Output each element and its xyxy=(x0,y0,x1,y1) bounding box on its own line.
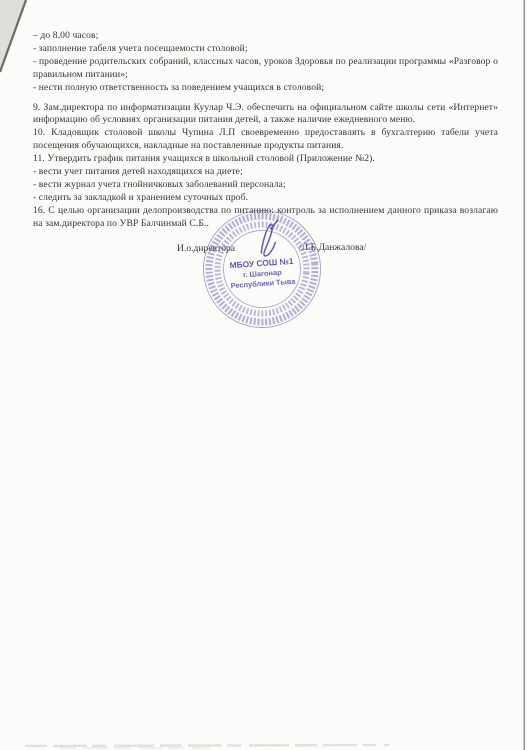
duty-item: - проведение родительских собраний, клас… xyxy=(33,56,498,82)
document-body: – до 8.00 часов; - заполнение табеля уче… xyxy=(33,30,498,231)
order-items: 9. Зам.директора по информатизации Куула… xyxy=(33,102,498,231)
order-item: - следить за закладкой и хранением суточ… xyxy=(33,192,498,205)
duty-item: – до 8.00 часов; xyxy=(33,30,498,43)
scan-bottom-smudge xyxy=(25,745,390,746)
order-item: - вести учет питания детей находящихся н… xyxy=(33,166,498,179)
duties-list: – до 8.00 часов; - заполнение табеля уче… xyxy=(33,30,498,95)
order-item: 11. Утвердить график питания учащихся в … xyxy=(33,153,498,166)
stamp-city: г. Шагонар xyxy=(243,268,283,280)
duty-item: - нести полную ответственность за поведе… xyxy=(33,82,498,95)
page-corner-edge xyxy=(0,0,26,72)
stamp-org-name: МБОУ СОШ №1 xyxy=(229,256,294,270)
stamp-center-text: МБОУ СОШ №1 г. Шагонар Республики Тыва xyxy=(229,256,296,290)
duty-item: - заполнение табеля учета посещаемости с… xyxy=(33,43,498,56)
page-corner-fold xyxy=(0,0,26,72)
order-item: 16. С целью организации делопроизводства… xyxy=(33,205,498,231)
order-item: 9. Зам.директора по информатизации Куула… xyxy=(33,102,498,128)
stamp-region: Республики Тыва xyxy=(230,277,296,291)
stamp-inner-circle xyxy=(220,227,305,312)
signer-name: /Л.Б.Данжалова/ xyxy=(299,242,366,253)
scanned-document-page: – до 8.00 часов; - заполнение табеля уче… xyxy=(0,0,527,750)
order-item: 10. Кладовщик столовой школы Чупина Л.П … xyxy=(33,127,498,153)
order-item: - вести журнал учета гнойничковых заболе… xyxy=(33,179,498,192)
signer-role-label: И.о.директора xyxy=(177,243,235,254)
stamp-text-ring-inner xyxy=(214,221,310,317)
